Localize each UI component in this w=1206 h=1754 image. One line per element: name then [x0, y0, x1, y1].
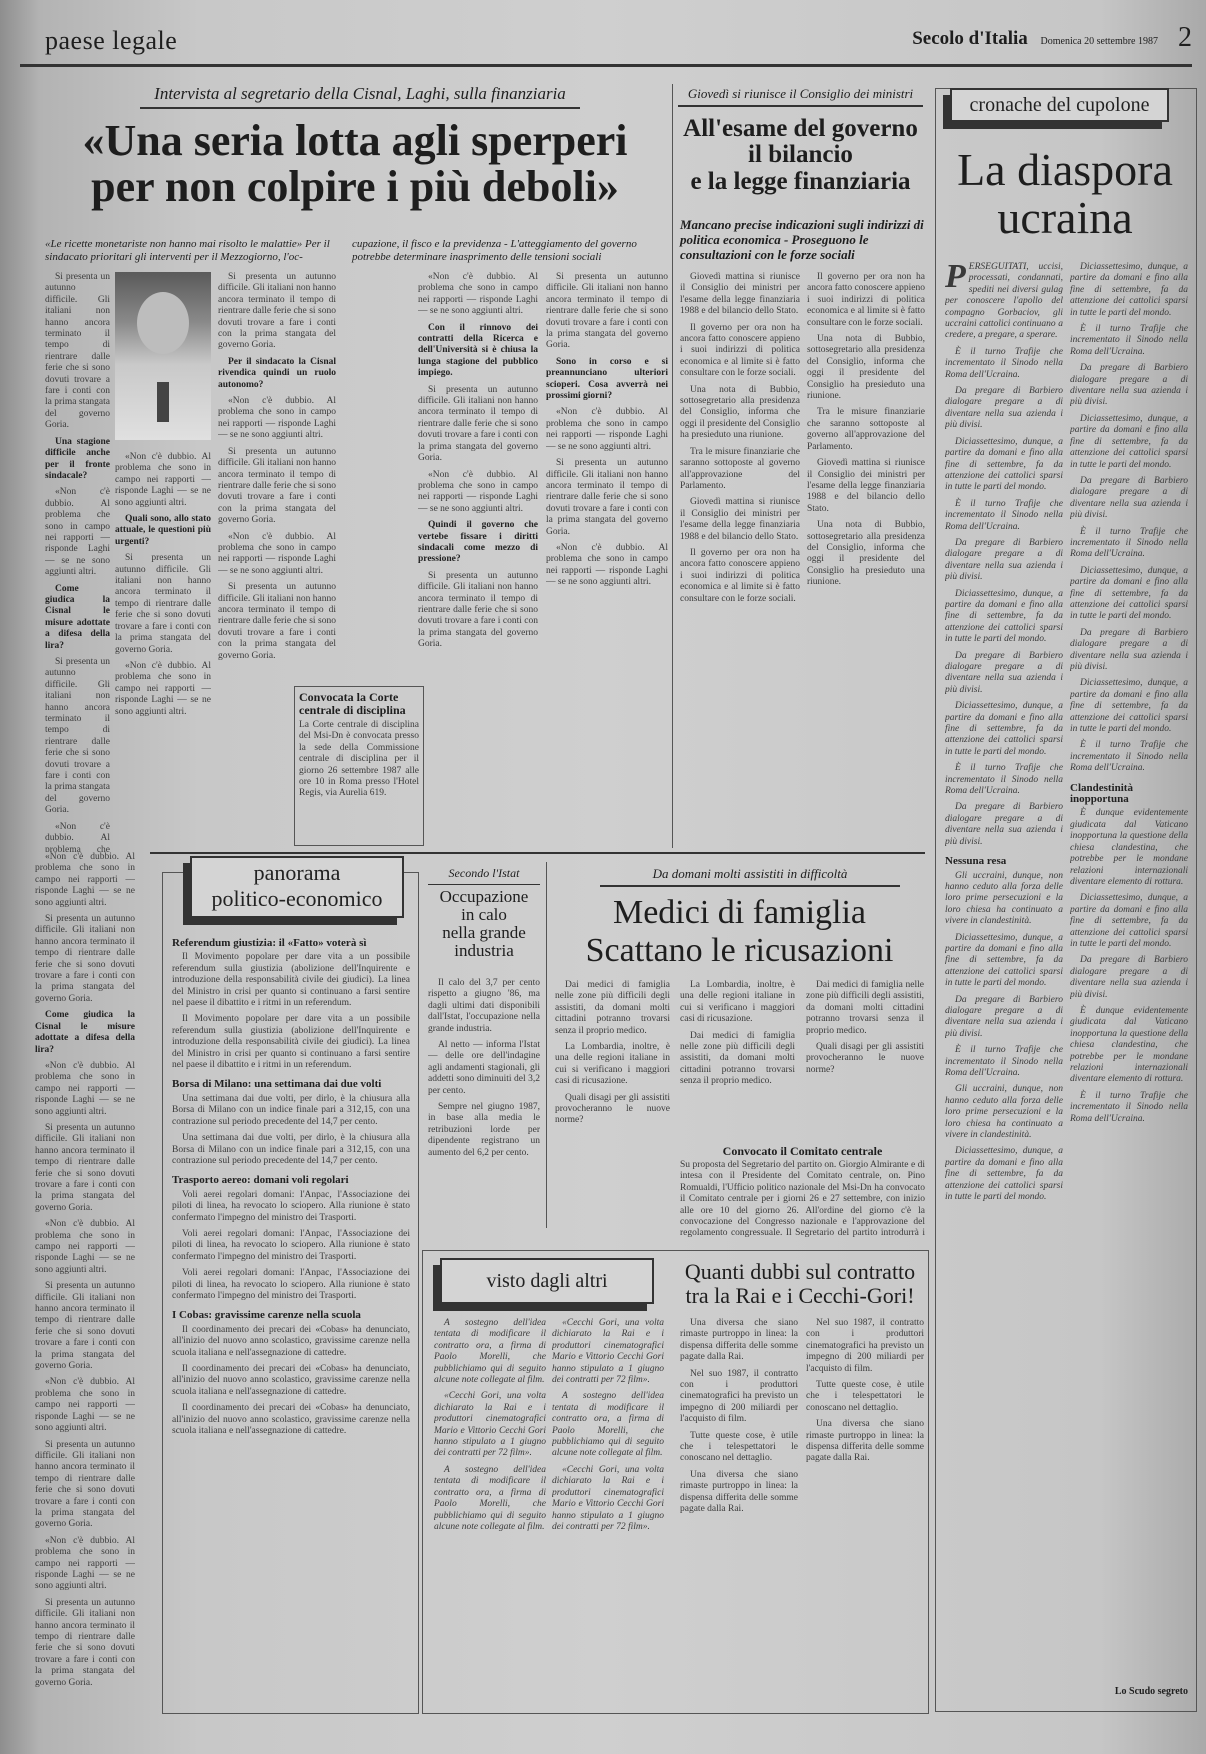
committee-text: Su proposta del Segretario del partito o…	[680, 1160, 925, 1240]
cupolone-headline: La diaspora ucraina	[940, 146, 1190, 242]
column-divider	[672, 84, 673, 848]
istat-headline: Occupazione in calo nella grande industr…	[428, 888, 540, 959]
doctors-column-3: Dai medici di famiglia nelle zone più di…	[806, 980, 924, 1140]
discipline-court-box: Convocata la Corte centrale di disciplin…	[294, 686, 424, 846]
subsection-title: Nessuna resa	[945, 856, 1063, 867]
cabinet-column-1: Giovedì mattina si riunisce il Consiglio…	[680, 272, 800, 842]
dropcap-letter: P	[945, 262, 966, 292]
panorama-item-title: I Cobas: gravissime carenze nella scuola	[172, 1310, 410, 1321]
lead-kicker: Intervista al segretario della Cisnal, L…	[140, 84, 580, 109]
cabinet-kicker: Giovedì si riunisce il Consiglio dei min…	[678, 86, 923, 107]
panorama-item-title: Referendum giustizia: il «Fatto» voterà …	[172, 938, 410, 949]
page-number: 2	[1178, 22, 1192, 54]
lead-headline-line2: per non colpire i più deboli»	[40, 164, 670, 210]
lead-column-4: «Non c'è dubbio. Al problema che sono in…	[418, 272, 538, 842]
newspaper-page: paese legale Secolo d'Italia Domenica 20…	[0, 0, 1206, 1754]
paper-name: Secolo d'Italia Domenica 20 settembre 19…	[912, 28, 1158, 50]
lead-column-2: «Non c'è dubbio. Al problema che sono in…	[115, 452, 211, 852]
panorama-item-title: Borsa di Milano: una settimana dai due v…	[172, 1079, 410, 1090]
panorama-label: panorama politico-economico	[190, 856, 404, 918]
cabinet-subhead: Mancano precise indicazioni sugli indiri…	[680, 218, 925, 263]
doctors-kicker: Da domani molti assistiti in difficoltà	[600, 866, 900, 887]
istat-kicker: Secondo l'Istat	[428, 866, 540, 885]
paper-title: Secolo d'Italia	[912, 28, 1028, 49]
issue-date: Domenica 20 settembre 1987	[1041, 36, 1158, 47]
lead-column-5: Si presenta un autunno difficile. Gli it…	[546, 272, 668, 842]
discipline-box-title: Convocata la Corte centrale di disciplin…	[299, 691, 419, 717]
lead-headline: «Una seria lotta agli sperperi per non c…	[40, 118, 670, 210]
lead-column-1: Si presenta un autunno difficile. Gli it…	[45, 272, 110, 852]
cabinet-headline: All'esame del governo il bilancio e la l…	[678, 116, 923, 195]
rai-column-1: Una diversa che siano rimaste purtroppo …	[680, 1318, 798, 1698]
cupolone-column-1: PERSEGUITATI, uccisi, processati, condan…	[945, 262, 1063, 1662]
lead-continuation-column: «Non c'è dubbio. Al problema che sono in…	[35, 852, 135, 1712]
section-label: paese legale	[45, 26, 177, 56]
portrait-photo	[115, 272, 211, 440]
section-rule	[150, 852, 925, 854]
visto-column-2: «Cecchi Gori, una volta dichiarato la Ra…	[552, 1318, 664, 1698]
cupolone-column-2: Diciassettesimo, dunque, a partire da do…	[1070, 262, 1188, 1662]
doctors-headline: Medici di famiglia Scattano le ricusazio…	[552, 894, 927, 970]
subsection-title: Clandestinità inopportuna	[1070, 783, 1188, 806]
cupolone-byline: Lo Scudo segreto	[1070, 1686, 1188, 1697]
cupolone-label: cronache del cupolone	[950, 88, 1169, 122]
cabinet-column-2: Il governo per ora non ha ancora fatto c…	[807, 272, 925, 842]
panorama-item-title: Trasporto aereo: domani voli regolari	[172, 1175, 410, 1186]
lead-column-3: Si presenta un autunno difficile. Gli it…	[218, 272, 336, 692]
doctors-column-2: La Lombardia, inoltre, è una delle regio…	[680, 980, 795, 1140]
discipline-box-text: La Corte centrale di disciplina del Msi-…	[299, 720, 419, 800]
rai-headline: Quanti dubbi sul contratto tra la Rai e …	[676, 1260, 924, 1308]
lead-headline-line1: «Una seria lotta agli sperperi	[40, 118, 670, 164]
istat-body: Il calo del 3,7 per cento rispetto a giu…	[428, 978, 540, 1228]
rai-column-2: Nel suo 1987, il contratto con i produtt…	[806, 1318, 924, 1698]
lead-subhead-right: cupazione, il fisco e la previdenza - L'…	[352, 238, 667, 263]
doctors-column-1: Dai medici di famiglia nelle zone più di…	[555, 980, 670, 1140]
committee-title: Convocato il Comitato centrale	[680, 1144, 925, 1159]
masthead-rule	[20, 64, 1192, 67]
visto-label: visto dagli altri	[440, 1258, 654, 1304]
panorama-items: Referendum giustizia: il «Fatto» voterà …	[172, 930, 410, 1700]
visto-column-1: A sostegno dell'idea tentata di modifica…	[434, 1318, 546, 1698]
lead-subhead-left: «Le ricette monetariste non hanno mai ri…	[45, 238, 345, 263]
column-divider	[546, 862, 547, 1228]
